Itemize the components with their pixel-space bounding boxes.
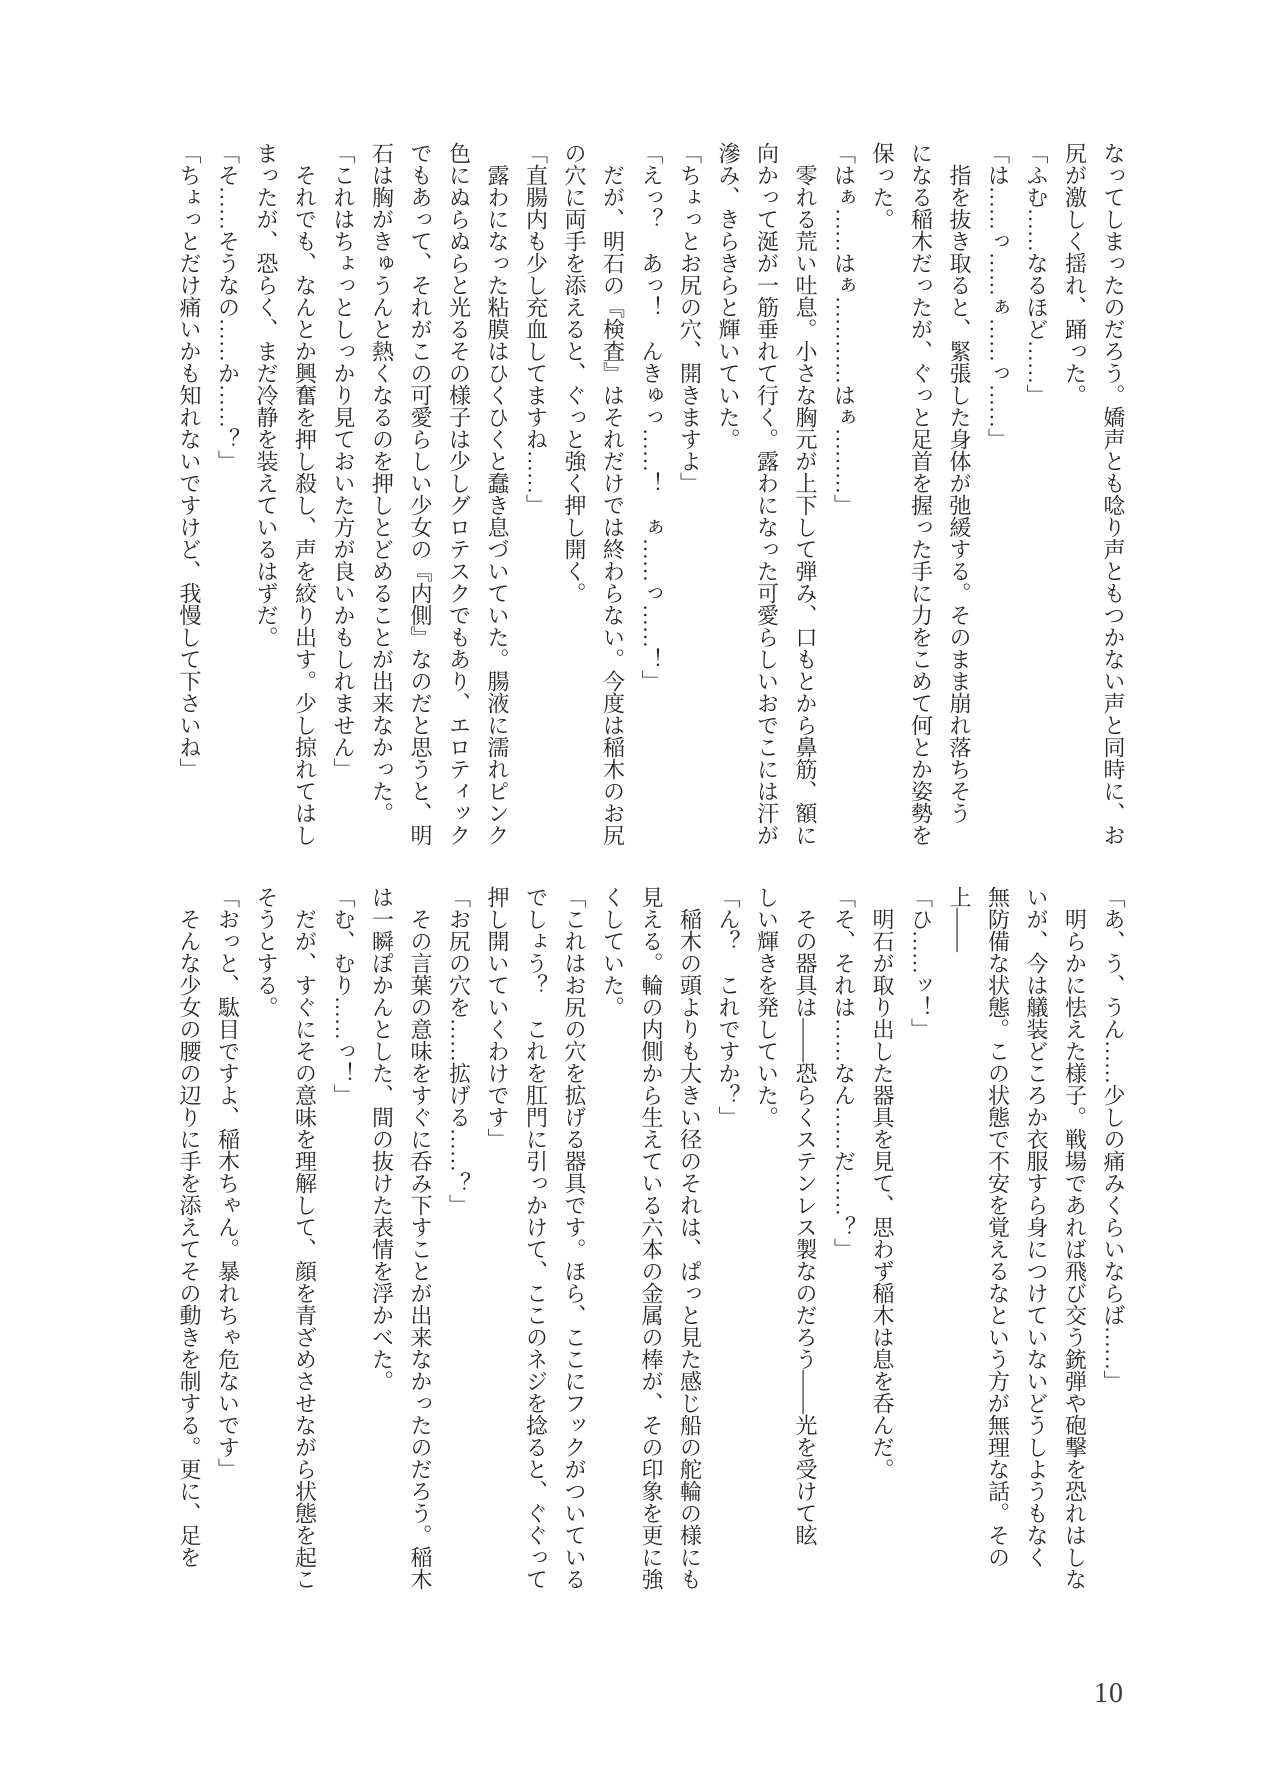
text-line: 「これはちょっとしっかり見ておいた方が良いかもしれません」 (324, 142, 363, 856)
text-line: だが、すぐにその意味を理解して、顔を青ざめさせながら状態を起こ (285, 886, 324, 1628)
text-line: その器具は――恐らくステンレス製なのだろう――光を受けて眩 (786, 886, 825, 1628)
page-number: 10 (1094, 1678, 1124, 1710)
text-line: は一瞬ぽかんとした、間の抜けた表情を浮かべた。 (362, 886, 401, 1628)
text-line: 「えっ？ あっ！ んきゅっ……！ ぁ……っ……！」 (632, 142, 671, 856)
text-line: 「直腸内も少し充血してますね……」 (516, 142, 555, 856)
text-line: 「おっと、駄目ですよ、稲木ちゃん。暴れちゃ危ないです」 (208, 886, 247, 1628)
text-line: しい輝きを発していた。 (747, 886, 786, 1628)
text-line: 石は胸がきゅうんと熱くなるのを押しとどめることが出来なかった。 (362, 142, 401, 856)
text-line: 「はぁ……はぁ…………はぁ………」 (824, 142, 863, 856)
text-line: だが、明石の『検査』はそれだけでは終わらない。今度は稲木のお尻 (593, 142, 632, 856)
text-line: 色にぬらぬらと光るその様子は少しグロテスクでもあり、エロティック (439, 142, 478, 856)
text-line: その言葉の意味をすぐに呑み下すことが出来なかったのだろう。稲木 (401, 886, 440, 1628)
text-line: 尻が激しく揺れ、踊った。 (1055, 142, 1094, 856)
text-line: 露わになった粘膜はひくひくと蠢き息づいていた。腸液に濡れピンク (478, 142, 517, 856)
text-line: の穴に両手を添えると、ぐっと強く押し開く。 (555, 142, 594, 856)
text-line: そうとする。 (247, 886, 286, 1628)
text-line: 「は……っ……ぁ……っ……」 (978, 142, 1017, 856)
text-line: 「ん？ これですか？」 (709, 886, 748, 1628)
text-line: くしていた。 (593, 886, 632, 1628)
text-line: そんな少女の腰の辺りに手を添えてその動きを制する。更に、足を (170, 886, 209, 1628)
text-line: いが、今は艤装どころか衣服すら身につけていないどうしようもなく (1017, 886, 1056, 1628)
text-line: 「そ、それは……なん……だ……？」 (824, 886, 863, 1628)
text-line: それでも、なんとか興奮を押し殺し、声を絞り出す。少し掠れてはし (285, 142, 324, 856)
text-line: なってしまったのだろう。嬌声とも唸り声ともつかない声と同時に、お (1094, 142, 1133, 856)
text-line: 向かって涎が一筋垂れて行く。露わになった可愛らしいおでこには汗が (747, 142, 786, 856)
text-line: 「あ、う、うん……少しの痛みくらいならば……」 (1094, 886, 1133, 1628)
text-line: 保った。 (863, 142, 902, 856)
text-line: まったが、恐らく、まだ冷静を装えているはずだ。 (247, 142, 286, 856)
text-line: 「む、むり……っ！」 (324, 886, 363, 1628)
text-line: 「お尻の穴を……拡げる……？」 (439, 886, 478, 1628)
text-line: 明石が取り出した器具を見て、思わず稲木は息を呑んだ。 (863, 886, 902, 1628)
text-line: 「ちょっとお尻の穴、開きますよ」 (670, 142, 709, 856)
text-line: 稲木の頭よりも大きい径のそれは、ぱっと見た感じ船の舵輪の様にも (670, 886, 709, 1628)
text-line: 「ふむ……なるほど……」 (1017, 142, 1056, 856)
text-line: 「ちょっとだけ痛いかも知れないですけど、我慢して下さいね」 (170, 142, 209, 856)
text-line: でしょう？ これを肛門に引っかけて、ここのネジを捻ると、ぐぐって (516, 886, 555, 1628)
text-line: 見える。輪の内側から生えている六本の金属の棒が、その印象を更に強 (632, 886, 671, 1628)
text-line: 無防備な状態。この状態で不安を覚えるなという方が無理な話。その (978, 886, 1017, 1628)
text-line: 上―― (940, 886, 979, 1628)
text-line: 滲み、きらきらと輝いていた。 (709, 142, 748, 856)
text-line: 明らかに怯えた様子。戦場であれば飛び交う銃弾や砲撃を恐れはしな (1055, 886, 1094, 1628)
text-line: 押し開いていくわけです」 (478, 886, 517, 1628)
text-line: でもあって、それがこの可愛らしい少女の『内側』なのだと思うと、明 (401, 142, 440, 856)
text-line: 零れる荒い吐息。小さな胸元が上下して弾み、口もとから鼻筋、額に (786, 142, 825, 856)
text-line: 「そ……そうなの……か……？」 (208, 142, 247, 856)
text-line: 「これはお尻の穴を拡げる器具です。ほら、ここにフックがついている (555, 886, 594, 1628)
text-line: になる稲木だったが、ぐっと足首を握った手に力をこめて何とか姿勢を (901, 142, 940, 856)
upper-text-block: なってしまったのだろう。嬌声とも唸り声ともつかない声と同時に、お尻が激しく揺れ、… (170, 142, 1133, 856)
text-line: 指を抜き取ると、緊張した身体が弛緩する。そのまま崩れ落ちそう (940, 142, 979, 856)
text-line: 「ひ……ッ！」 (901, 886, 940, 1628)
scanned-book-page: なってしまったのだろう。嬌声とも唸り声ともつかない声と同時に、お尻が激しく揺れ、… (0, 0, 1280, 1790)
lower-text-block: 「あ、う、うん……少しの痛みくらいならば……」 明らかに怯えた様子。戦場であれば… (170, 886, 1133, 1628)
